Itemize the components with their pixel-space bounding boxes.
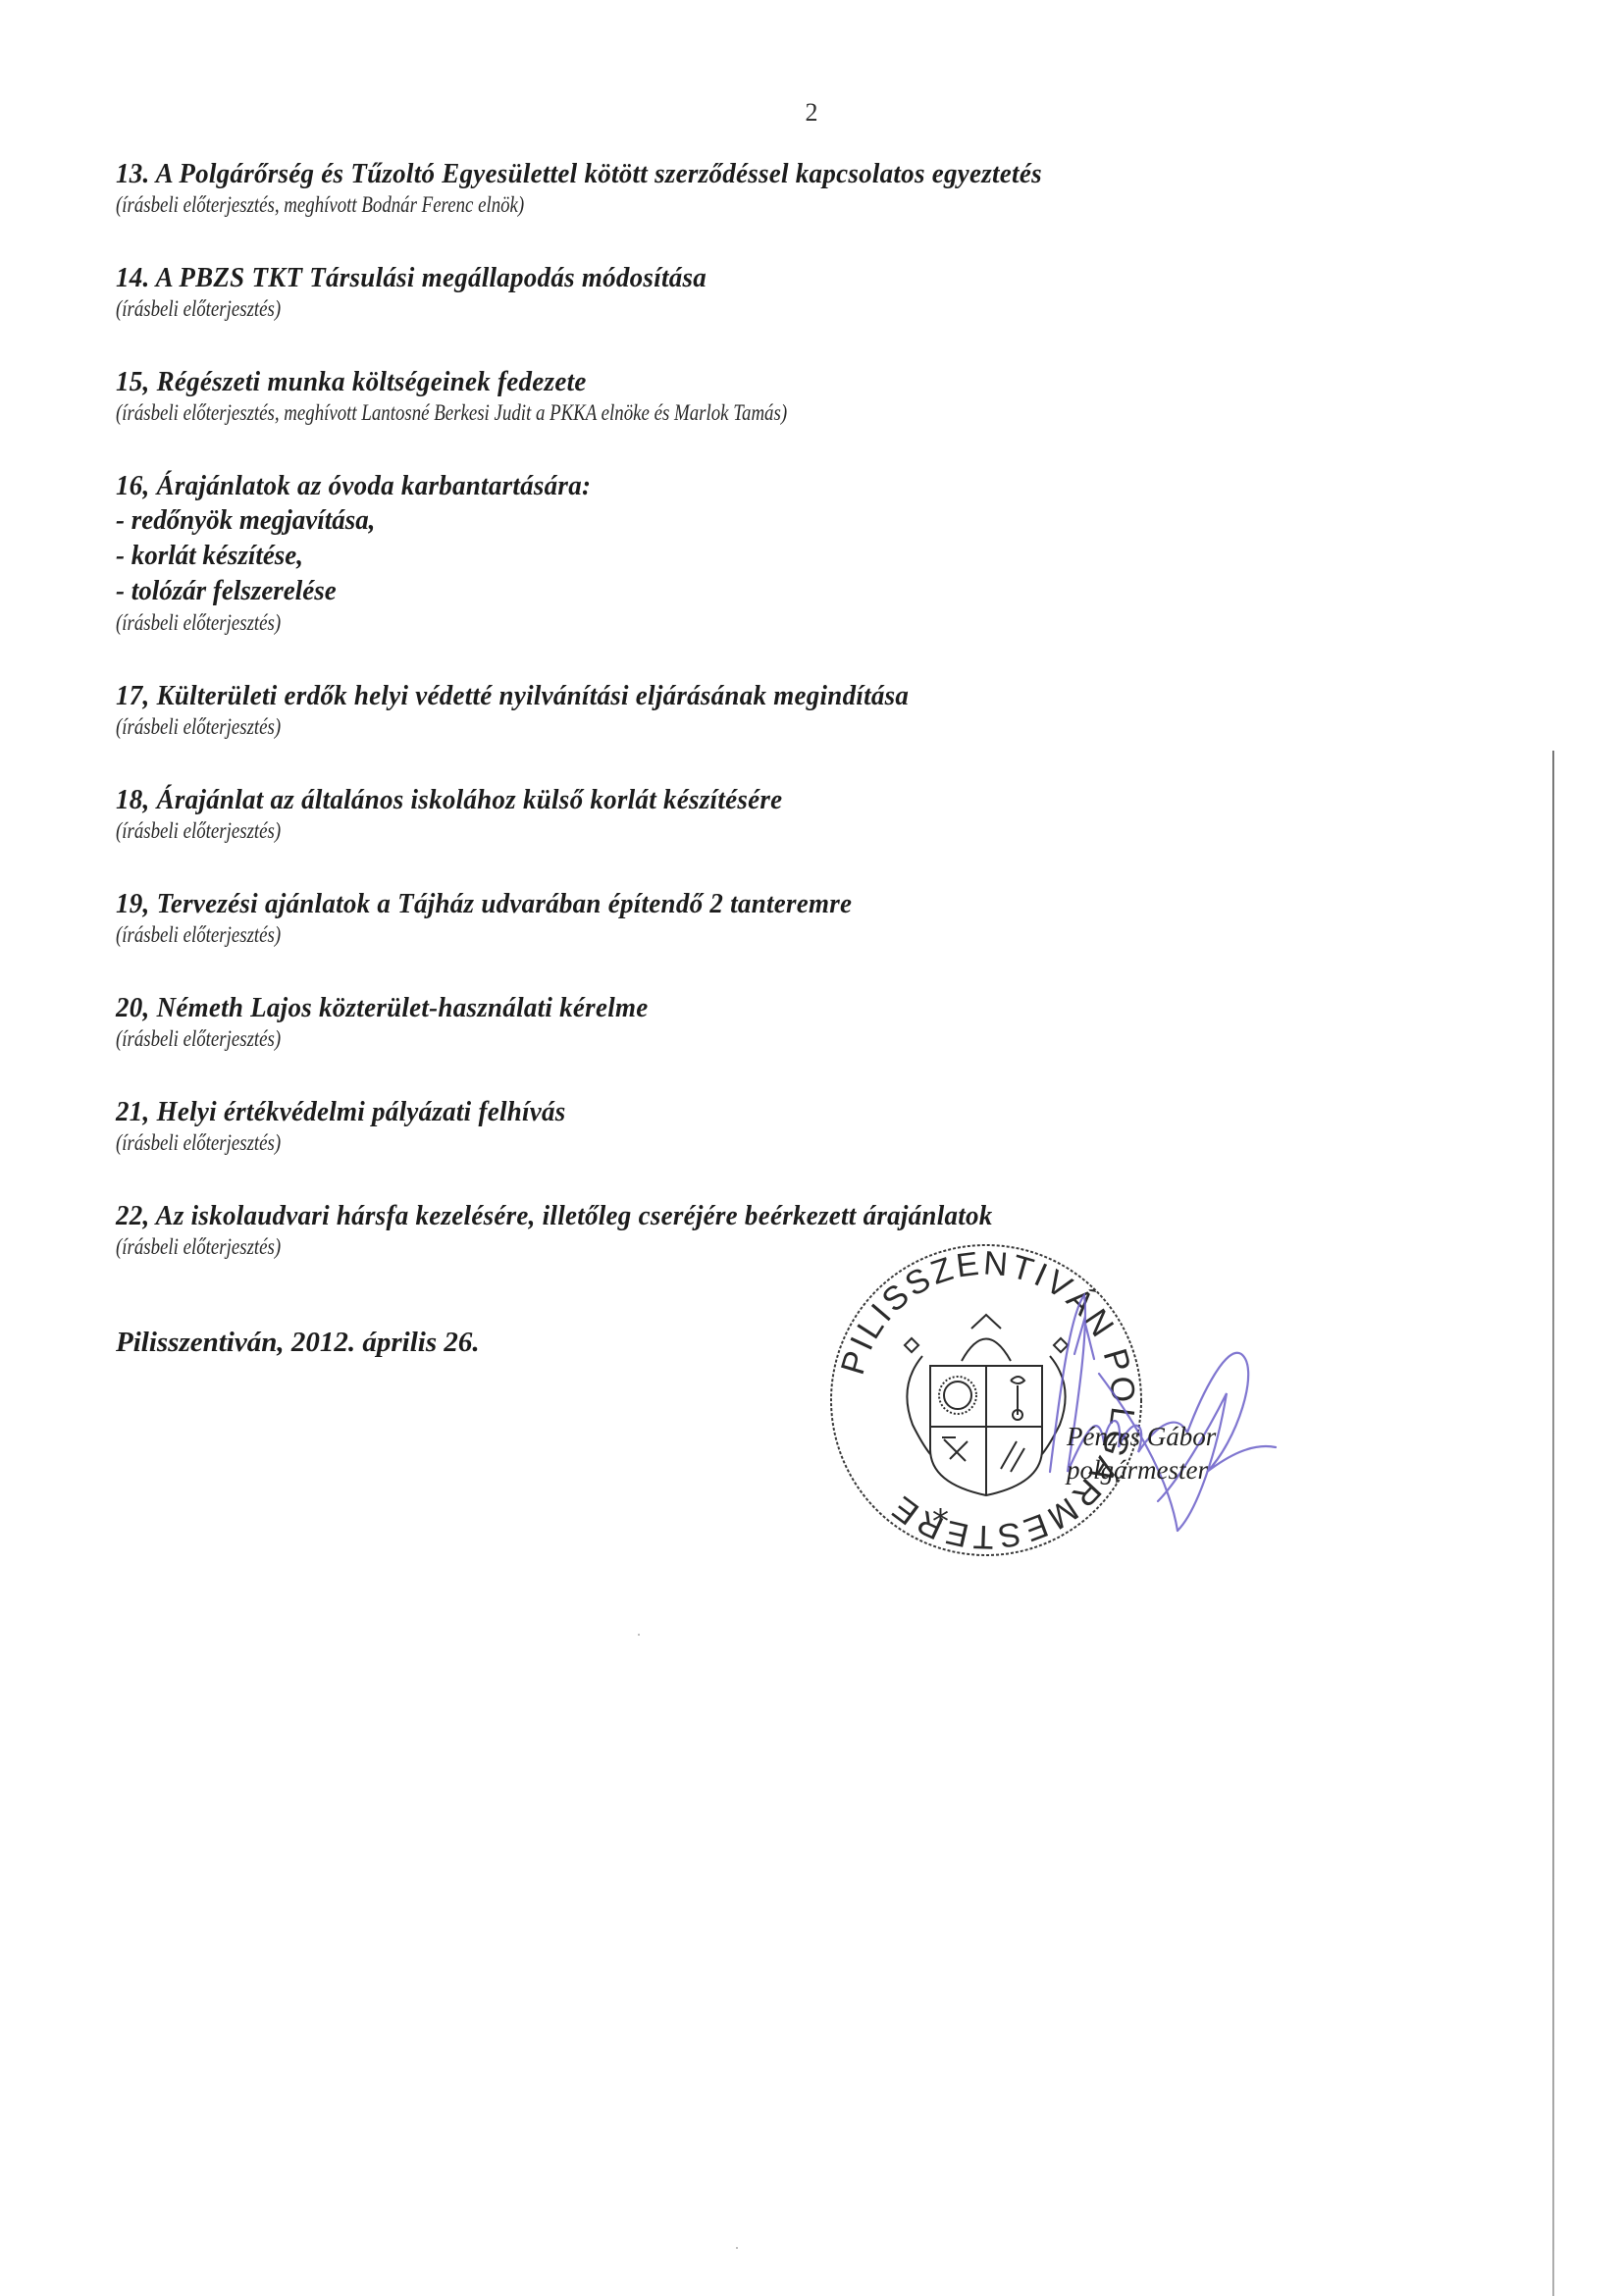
agenda-item-title: 20, Németh Lajos közterület-használati k…	[116, 991, 1120, 1024]
agenda-item: 15, Régészeti munka költségeinek fedezet…	[116, 365, 1195, 428]
page-number: 2	[0, 98, 1623, 128]
agenda-item: 17, Külterületi erdők helyi védetté nyil…	[116, 679, 1195, 742]
agenda-list: 13. A Polgárőrség és Tűzoltó Egyesülette…	[116, 157, 1195, 1262]
agenda-sub-point: - tolózár felszerelése	[116, 573, 1120, 608]
agenda-item-note: (írásbeli előterjesztés)	[116, 608, 1001, 638]
agenda-item-note: (írásbeli előterjesztés)	[116, 1128, 1001, 1158]
scan-speck	[736, 2247, 738, 2249]
date-line: Pilisszentiván, 2012. április 26.	[116, 1327, 480, 1359]
agenda-item: 16, Árajánlatok az óvoda karbantartására…	[116, 469, 1195, 638]
item-spacer	[116, 1158, 1195, 1199]
agenda-item-title: 16, Árajánlatok az óvoda karbantartására…	[116, 469, 1120, 502]
agenda-item-title: 19, Tervezési ajánlatok a Tájház udvaráb…	[116, 887, 1120, 920]
item-spacer	[116, 220, 1195, 261]
item-spacer	[116, 742, 1195, 783]
agenda-item-title: 15, Régészeti munka költségeinek fedezet…	[116, 365, 1120, 398]
stamp-star: *	[932, 1502, 949, 1541]
agenda-item: 20, Németh Lajos közterület-használati k…	[116, 991, 1195, 1054]
agenda-item-title: 14. A PBZS TKT Társulási megállapodás mó…	[116, 261, 1120, 294]
agenda-item-note: (írásbeli előterjesztés, meghívott Lanto…	[116, 398, 1001, 428]
agenda-sub-point: - redőnyök megjavítása,	[116, 502, 1120, 538]
agenda-item-note: (írásbeli előterjesztés)	[116, 712, 1001, 742]
agenda-item-note: (írásbeli előterjesztés)	[116, 294, 1001, 324]
signer-title: polgármester	[1067, 1453, 1216, 1487]
agenda-item: 21, Helyi értékvédelmi pályázati felhívá…	[116, 1095, 1195, 1158]
signature-icon	[1030, 1276, 1285, 1550]
agenda-item-note: (írásbeli előterjesztés, meghívott Bodná…	[116, 190, 1001, 220]
agenda-item-title: 22, Az iskolaudvari hársfa kezelésére, i…	[116, 1199, 1120, 1232]
item-spacer	[116, 428, 1195, 469]
signer-block: Pénzes Gábor polgármester	[1067, 1420, 1216, 1487]
item-spacer	[116, 324, 1195, 365]
item-spacer	[116, 950, 1195, 991]
scan-speck	[638, 1634, 640, 1636]
scan-edge-line	[1552, 751, 1554, 2296]
agenda-item-title: 21, Helyi értékvédelmi pályázati felhívá…	[116, 1095, 1120, 1128]
agenda-item-title: 18, Árajánlat az általános iskolához kül…	[116, 783, 1120, 816]
agenda-item-title: 13. A Polgárőrség és Tűzoltó Egyesülette…	[116, 157, 1120, 190]
agenda-item-note: (írásbeli előterjesztés)	[116, 1024, 1001, 1054]
signer-name: Pénzes Gábor	[1067, 1420, 1216, 1453]
item-spacer	[116, 638, 1195, 679]
agenda-item: 13. A Polgárőrség és Tűzoltó Egyesülette…	[116, 157, 1195, 220]
agenda-item: 18, Árajánlat az általános iskolához kül…	[116, 783, 1195, 846]
agenda-sub-point: - korlát készítése,	[116, 538, 1120, 573]
agenda-item-title: 17, Külterületi erdők helyi védetté nyil…	[116, 679, 1120, 712]
agenda-item-note: (írásbeli előterjesztés)	[116, 816, 1001, 846]
agenda-item: 19, Tervezési ajánlatok a Tájház udvaráb…	[116, 887, 1195, 950]
agenda-item-note: (írásbeli előterjesztés)	[116, 920, 1001, 950]
agenda-item: 14. A PBZS TKT Társulási megállapodás mó…	[116, 261, 1195, 324]
item-spacer	[116, 846, 1195, 887]
item-spacer	[116, 1054, 1195, 1095]
